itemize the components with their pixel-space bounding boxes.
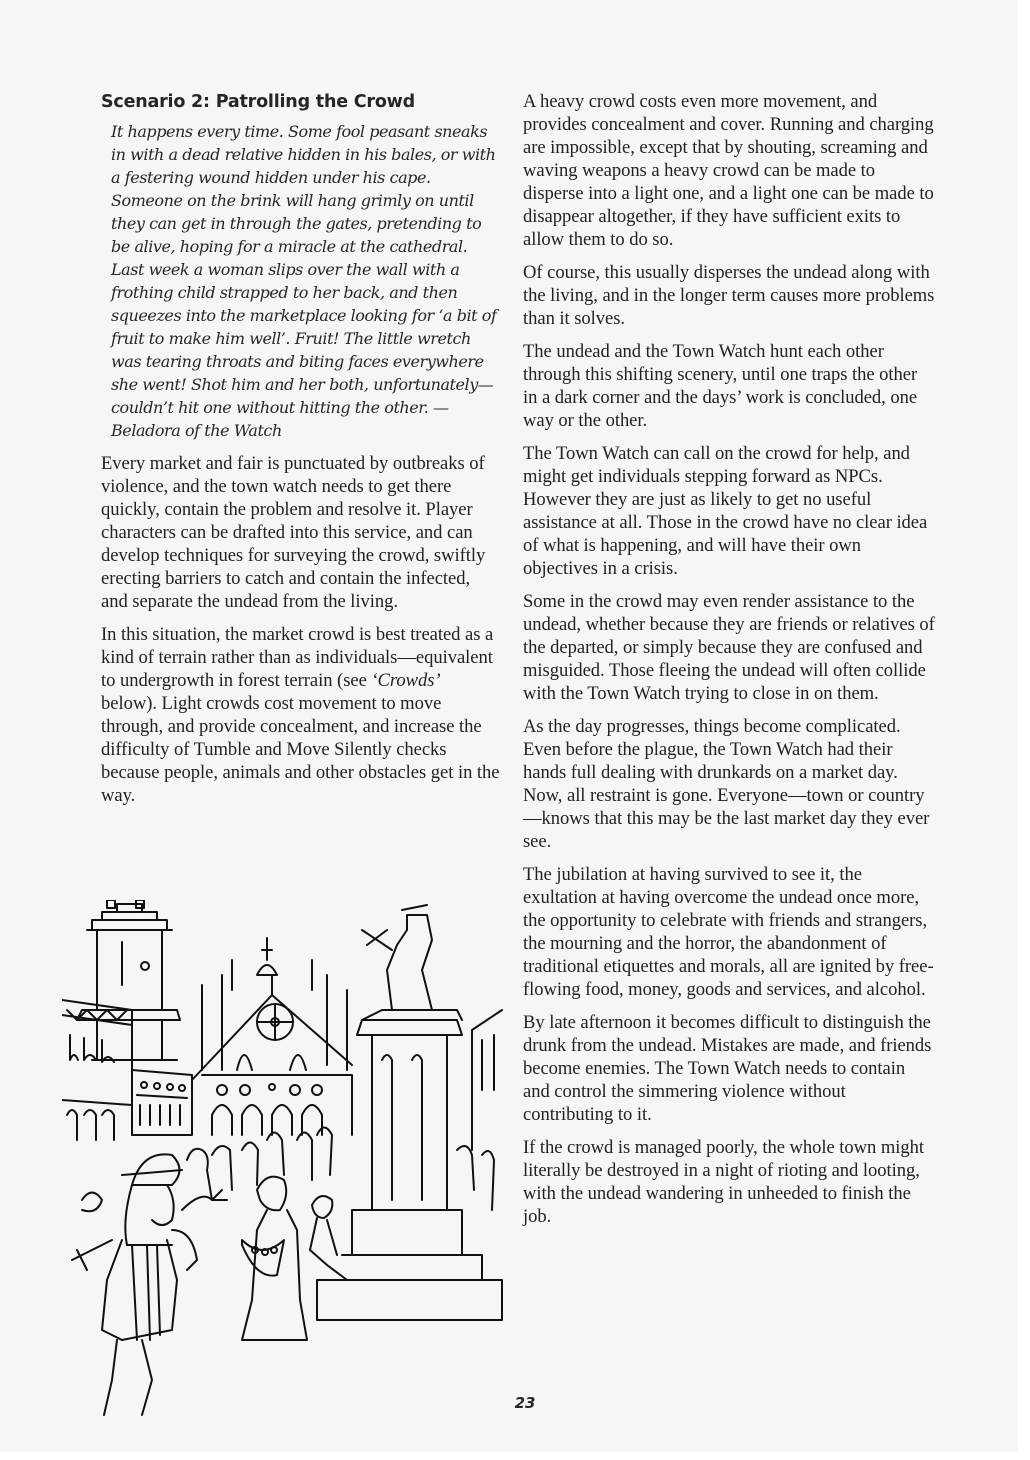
page-number: 23: [510, 1394, 540, 1412]
statue-pedestal-drawing: [317, 905, 502, 1320]
paragraph: In this situation, the market crowd is b…: [101, 623, 501, 807]
paragraph: Of course, this usually disperses the un…: [523, 261, 935, 330]
paragraph: The jubilation at having survived to see…: [523, 863, 935, 1001]
paragraph: If the crowd is managed poorly, the whol…: [523, 1136, 935, 1228]
woman-with-basket-drawing: [242, 1177, 307, 1340]
paragraph: By late afternoon it becomes difficult t…: [523, 1011, 935, 1126]
market-square-illustration: [62, 900, 507, 1420]
paragraph: Every market and fair is punctuated by o…: [101, 452, 501, 613]
paragraph: Some in the crowd may even render assist…: [523, 590, 935, 705]
right-column: A heavy crowd costs even more movement, …: [523, 90, 935, 1238]
left-column: Scenario 2: Patrolling the Crowd It happ…: [101, 90, 501, 817]
right-building-drawing: [472, 1010, 502, 1150]
epigraph-text: It happens every time. Some fool peasant…: [111, 122, 496, 417]
paragraph: A heavy crowd costs even more movement, …: [523, 90, 935, 251]
epigraph-quote: It happens every time. Some fool peasant…: [111, 120, 501, 442]
paragraph: The Town Watch can call on the crowd for…: [523, 442, 935, 580]
paragraph: The undead and the Town Watch hunt each …: [523, 340, 935, 432]
paragraph-text: below). Light crowds cost movement to mo…: [101, 693, 499, 806]
cathedral-drawing: [192, 938, 352, 1135]
section-heading: Scenario 2: Patrolling the Crowd: [101, 90, 501, 114]
guard-figure-drawing: [72, 1154, 227, 1415]
document-page: Scenario 2: Patrolling the Crowd It happ…: [0, 0, 1018, 1452]
paragraph: As the day progresses, things become com…: [523, 715, 935, 853]
tower-drawing: [77, 900, 180, 1060]
child-figure-drawing: [310, 1196, 347, 1280]
crowds-reference: ‘Crowds’: [371, 670, 440, 691]
